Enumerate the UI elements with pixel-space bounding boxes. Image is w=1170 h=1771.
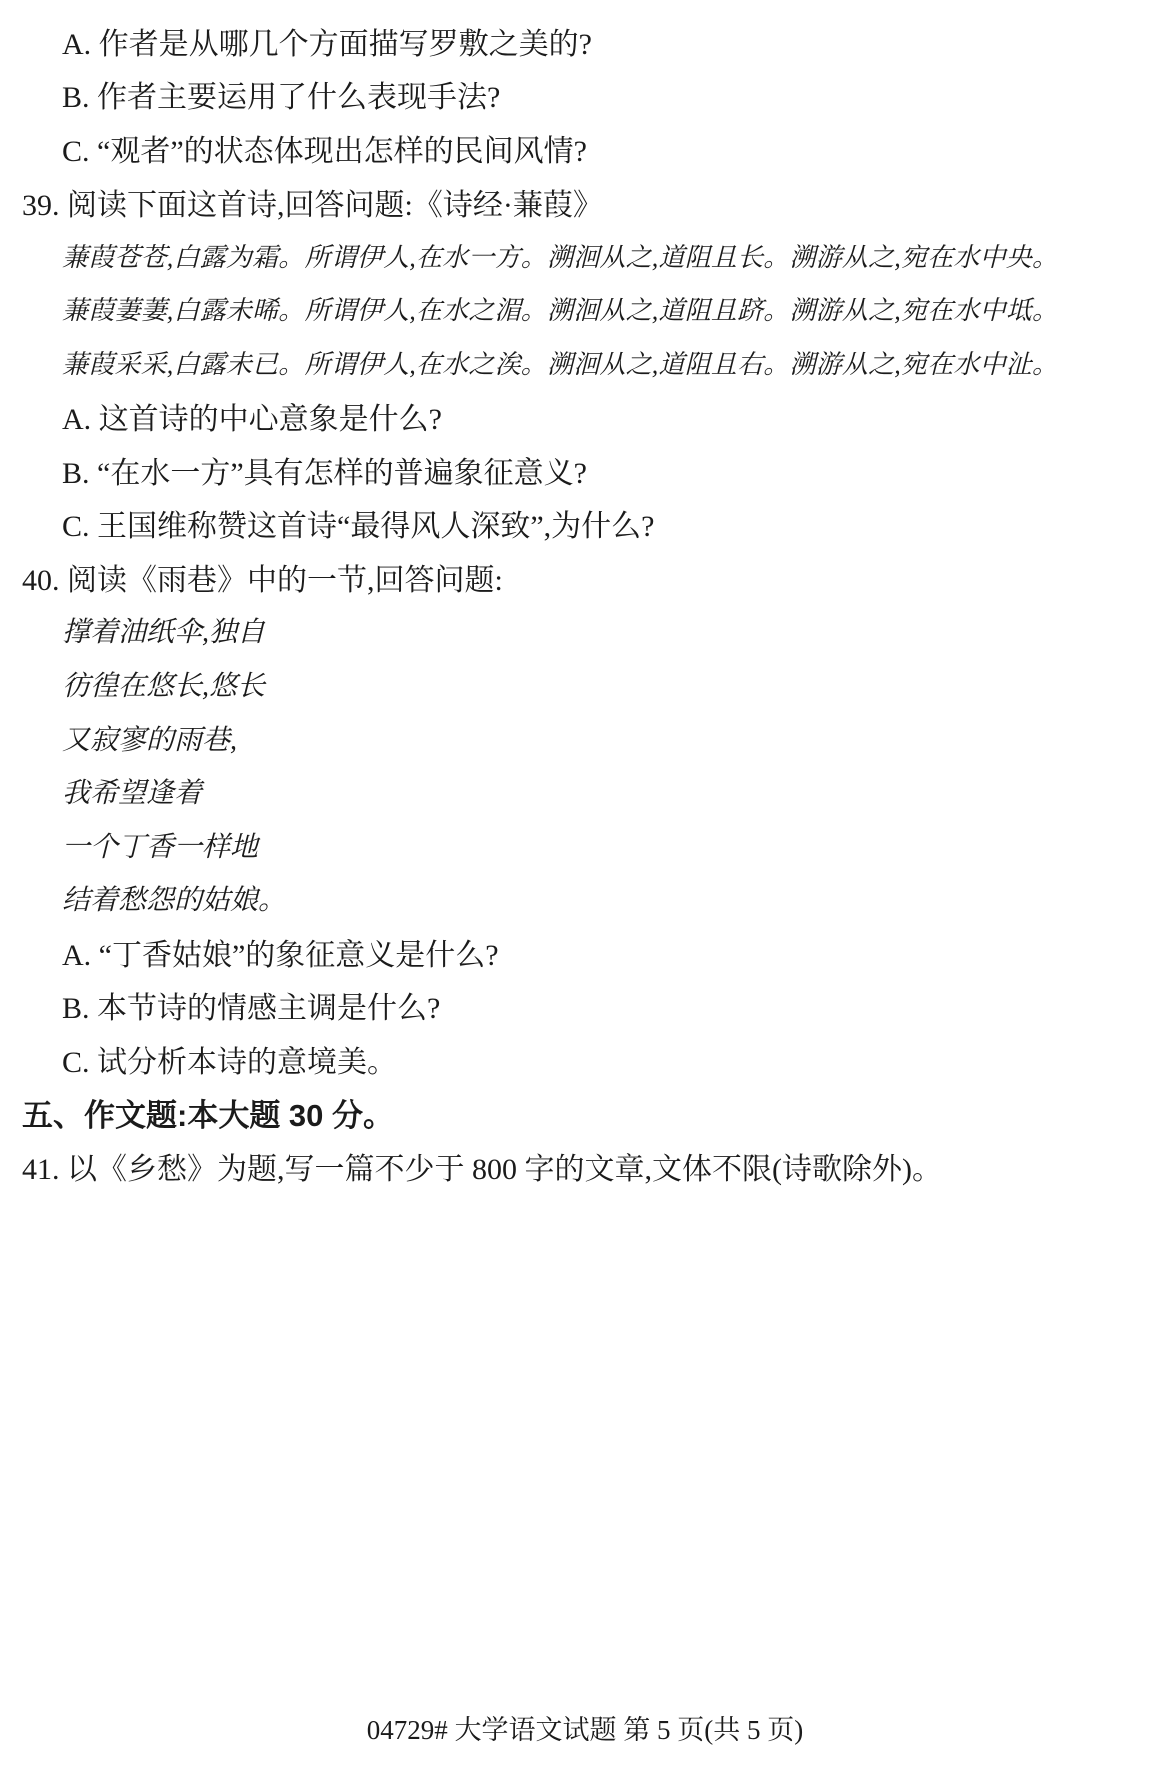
section5-heading: 五、作文题:本大题 30 分。 bbox=[0, 1086, 1170, 1140]
page-footer: 04729# 大学语文试题 第 5 页(共 5 页) bbox=[0, 1708, 1170, 1747]
prev-question-option-b: B. 作者主要运用了什么表现手法? bbox=[0, 68, 1170, 122]
q40-poem-line-6: 结着愁怨的姑娘。 bbox=[0, 872, 1170, 926]
q40-poem-line-2: 彷徨在悠长,悠长 bbox=[0, 657, 1170, 711]
prev-question-option-a: A. 作者是从哪几个方面描写罗敷之美的? bbox=[0, 14, 1170, 68]
q40-poem-line-4: 我希望逢着 bbox=[0, 764, 1170, 818]
q40-poem-line-1: 撑着油纸伞,独自 bbox=[0, 604, 1170, 658]
q39-poem-line-1: 蒹葭苍苍,白露为霜。所谓伊人,在水一方。溯洄从之,道阻且长。溯游从之,宛在水中央… bbox=[0, 228, 1170, 282]
q39-stem: 39. 阅读下面这首诗,回答问题:《诗经·蒹葭》 bbox=[0, 175, 1170, 229]
q40-option-a: A. “丁香姑娘”的象征意义是什么? bbox=[0, 925, 1170, 979]
q40-option-c: C. 试分析本诗的意境美。 bbox=[0, 1032, 1170, 1086]
q40-poem-line-3: 又寂寥的雨巷, bbox=[0, 711, 1170, 765]
q40-poem-line-5: 一个丁香一样地 bbox=[0, 818, 1170, 872]
exam-page-body: A. 作者是从哪几个方面描写罗敷之美的? B. 作者主要运用了什么表现手法? C… bbox=[0, 14, 1170, 1193]
q39-option-b: B. “在水一方”具有怎样的普遍象征意义? bbox=[0, 443, 1170, 497]
q39-option-a: A. 这首诗的中心意象是什么? bbox=[0, 389, 1170, 443]
q39-poem-line-2: 蒹葭萋萋,白露未晞。所谓伊人,在水之湄。溯洄从之,道阻且跻。溯游从之,宛在水中坻… bbox=[0, 282, 1170, 336]
q39-option-c: C. 王国维称赞这首诗“最得风人深致”,为什么? bbox=[0, 496, 1170, 550]
q40-option-b: B. 本节诗的情感主调是什么? bbox=[0, 979, 1170, 1033]
q39-poem-line-3: 蒹葭采采,白露未已。所谓伊人,在水之涘。溯洄从之,道阻且右。溯游从之,宛在水中沚… bbox=[0, 336, 1170, 390]
q40-stem: 40. 阅读《雨巷》中的一节,回答问题: bbox=[0, 550, 1170, 604]
q41-stem: 41. 以《乡愁》为题,写一篇不少于 800 字的文章,文体不限(诗歌除外)。 bbox=[0, 1139, 1170, 1193]
prev-question-option-c: C. “观者”的状态体现出怎样的民间风情? bbox=[0, 121, 1170, 175]
